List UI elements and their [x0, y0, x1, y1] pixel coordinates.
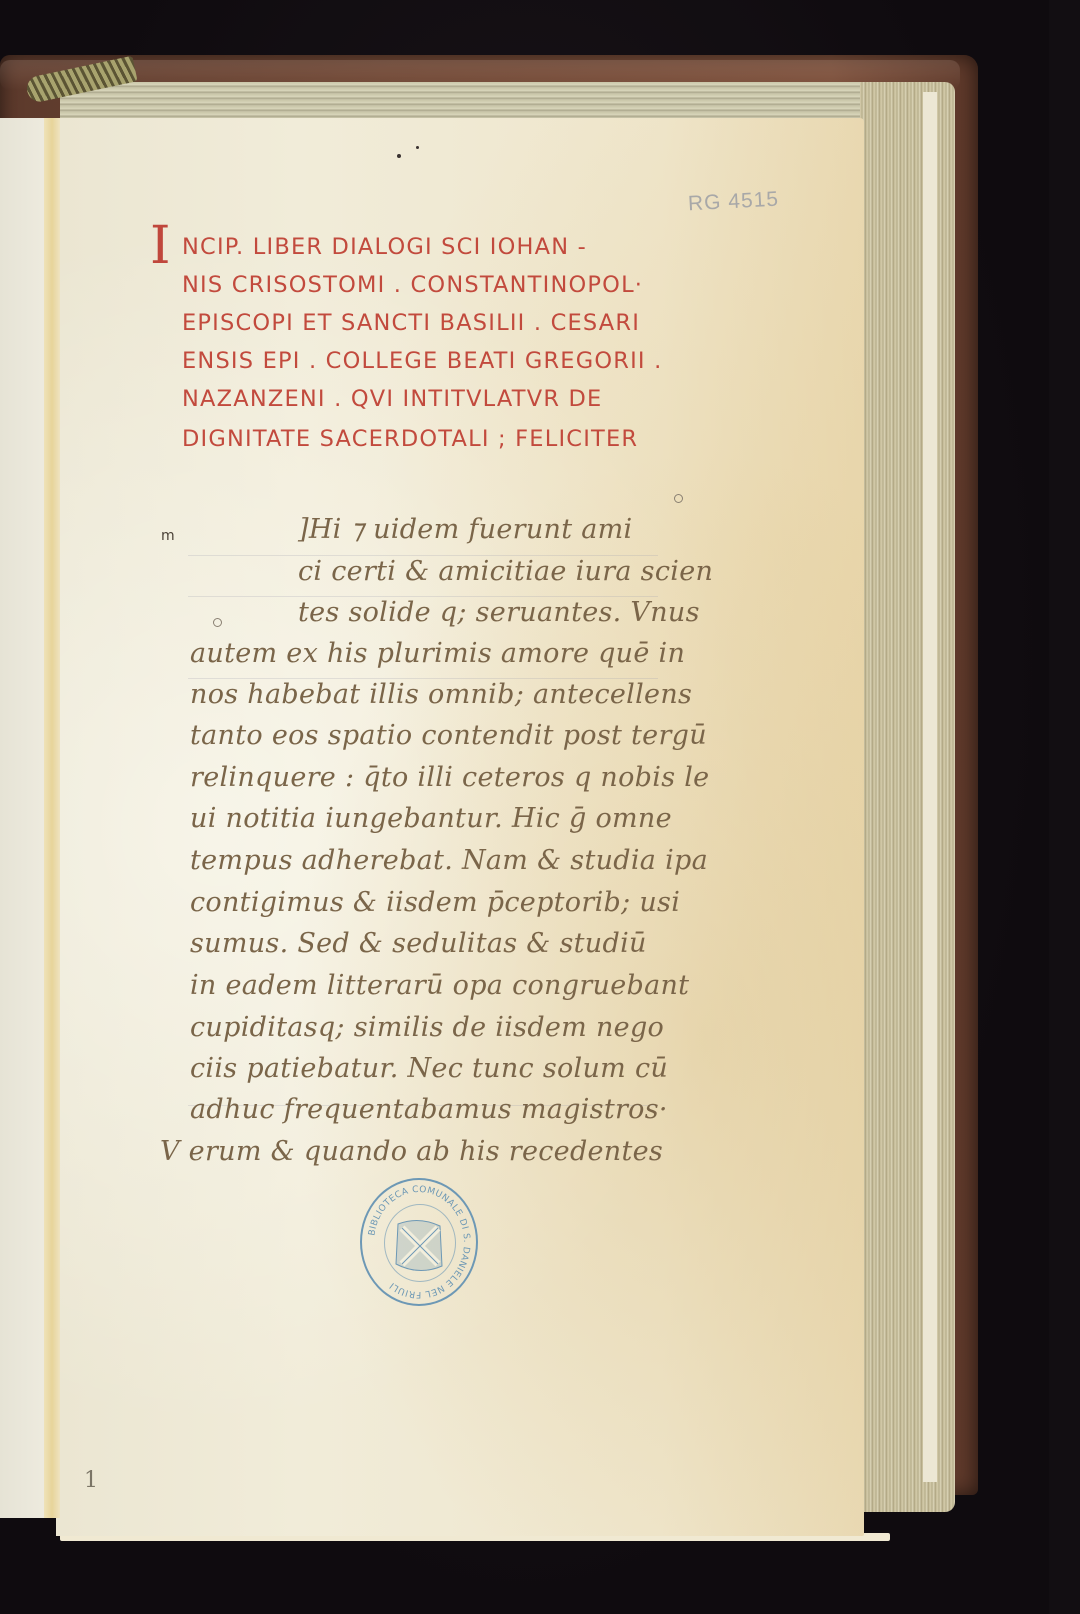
text-line: contigimus & iisdem p̄ceptorib; usi — [190, 887, 680, 918]
text-line: ciis patiebatur. Nec tunc solum cū — [190, 1053, 668, 1084]
stamp-cross-icon: BIBLIOTECA COMUNALE DI S. DANIELE NEL FR… — [362, 1180, 476, 1304]
text-line: in eadem litterarū opa congruebant — [190, 970, 689, 1001]
text-line: tes solide q; seruantes. Vnus — [298, 597, 700, 628]
text-line: adhuc frequentabamus magistros· — [190, 1094, 668, 1125]
gutter — [44, 118, 60, 1518]
text-line: ui notitia iungebantur. Hic ḡ omne — [190, 803, 672, 834]
rubric-line: DIGNITATE SACERDOTALI ; FELICITER — [182, 426, 638, 452]
folio-number: 1 — [84, 1468, 98, 1493]
rubric-initial: I — [150, 220, 171, 272]
shelfmark: RG 4515 — [687, 188, 779, 217]
facing-folio — [0, 118, 49, 1518]
text-line: ]Hi ⁊ uidem fuerunt ami — [298, 514, 633, 545]
speck — [397, 154, 401, 158]
text-line: relinquere : q̄to illi ceteros q nobis l… — [190, 762, 709, 793]
rubric-line: ENSIS EPI . COLLEGE BEATI GREGORII . — [182, 348, 662, 374]
rubric-line: EPISCOPI ET SANCTI BASILII . CESARI — [182, 310, 640, 336]
text-line: sumus. Sed & sedulitas & studiū — [190, 928, 647, 959]
text-line: cupiditasq; similis de iisdem nego — [190, 1012, 664, 1043]
page-edges-top — [60, 82, 920, 122]
margin-note: m — [161, 528, 175, 544]
text-line: autem ex his plurimis amore quē in — [190, 638, 685, 669]
page-edges-right — [860, 82, 955, 1512]
text-line: ci certi & amicitiae iura scien — [298, 556, 713, 587]
text-line: nos habebat illis omnib; antecellens — [190, 679, 692, 710]
pinhole — [213, 618, 222, 627]
rubric-line: NIS CRISOSTOMI . CONSTANTINOPOL· — [182, 272, 643, 298]
rubric-line: NAZANZENI . QVI INTITVLATVR DE — [182, 386, 602, 412]
text-line: tempus adherebat. Nam & studia ipa — [190, 845, 708, 876]
pinhole — [674, 494, 683, 503]
library-stamp: BIBLIOTECA COMUNALE DI S. DANIELE NEL FR… — [360, 1178, 478, 1306]
rubric-line: NCIP. LIBER DIALOGI SCI IOHAN - — [182, 234, 587, 260]
text-line: tanto eos spatio contendit post tergū — [190, 720, 707, 751]
text-line: V erum & quando ab his recedentes — [160, 1136, 663, 1167]
speck — [416, 146, 419, 149]
